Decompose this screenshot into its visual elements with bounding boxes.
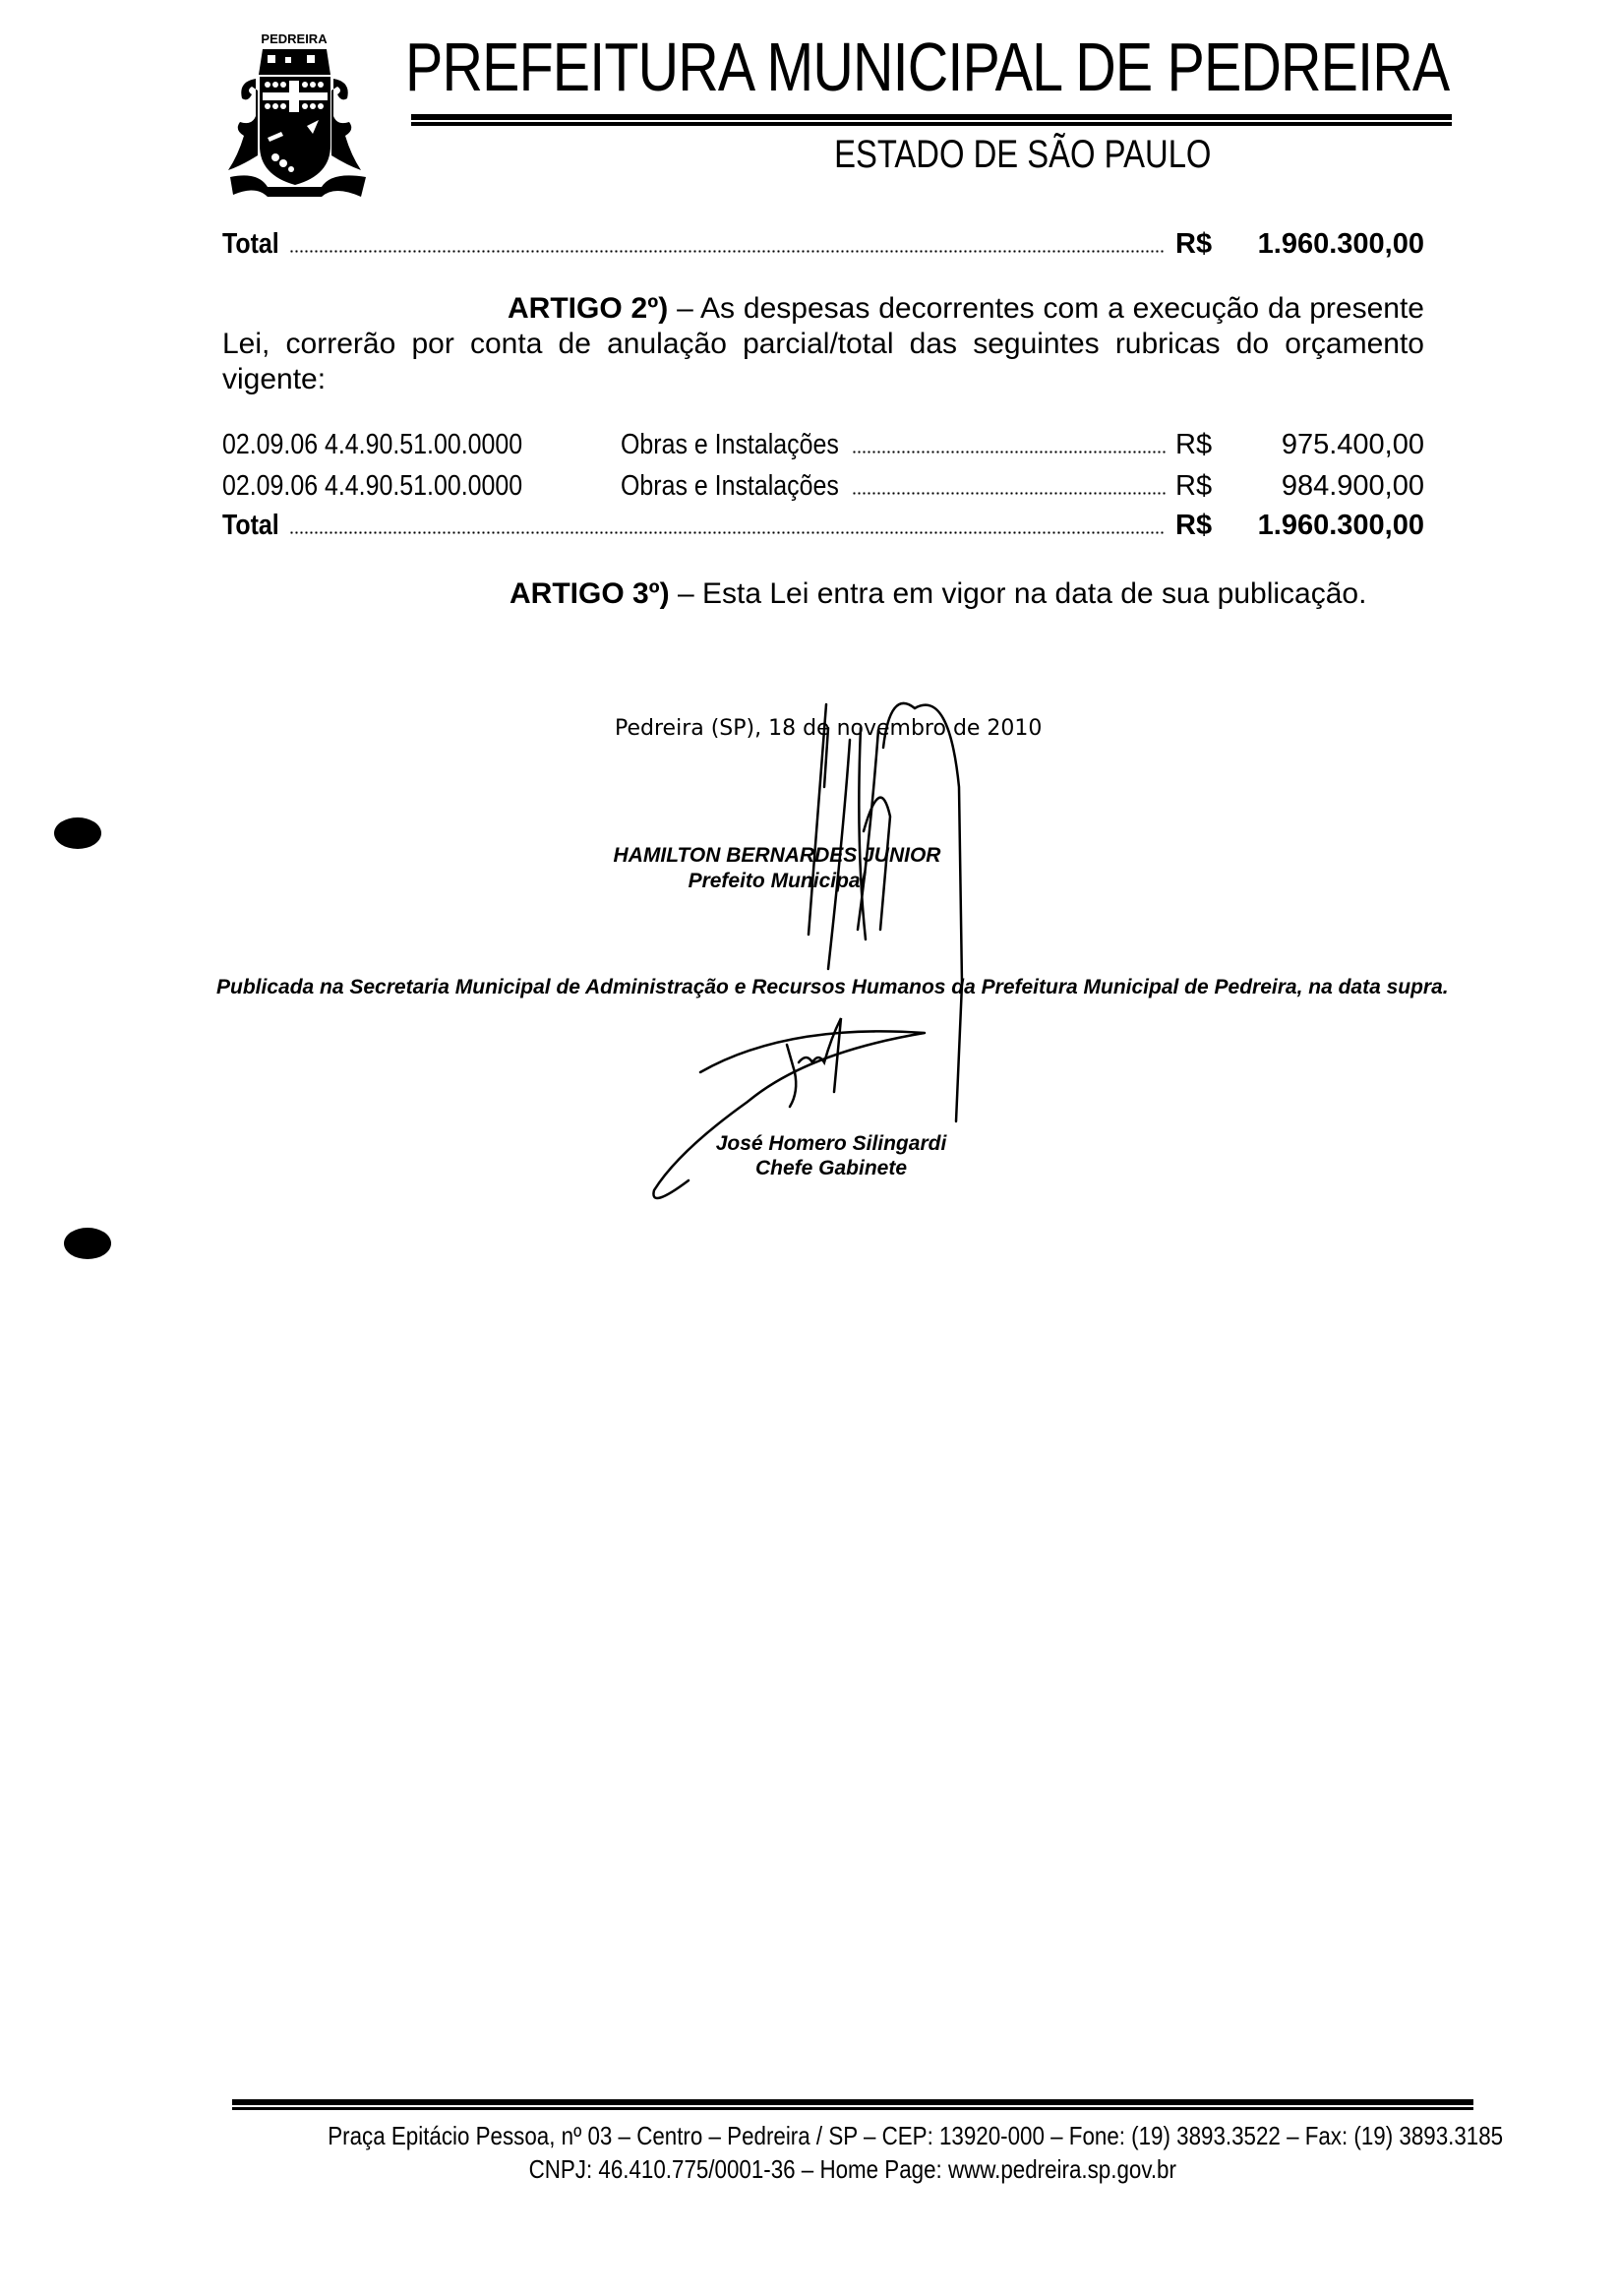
header-rule [411, 122, 1452, 126]
footer-rule [232, 2099, 1473, 2105]
date-line: Pedreira (SP), 18 de novembro de 2010 [615, 716, 1042, 741]
dot-leader [289, 531, 1165, 534]
header-rule [411, 114, 1452, 120]
rubrica-code: 02.09.06 4.4.90.51.00.0000 [222, 429, 522, 461]
chief-title: Chefe Gabinete [679, 1157, 984, 1180]
currency-symbol: R$ [1175, 228, 1212, 261]
artigo-3-heading: ARTIGO 3º) [510, 577, 670, 610]
chief-name: José Homero Silingardi [679, 1132, 984, 1156]
mayor-name: HAMILTON BERNARDES JUNIOR [551, 844, 1003, 868]
rubrica-value: 975.400,00 [1282, 429, 1424, 461]
artigo-3-paragraph: ARTIGO 3º) – Esta Lei entra em vigor na … [510, 576, 1366, 612]
total-value: 1.960.300,00 [1258, 228, 1424, 261]
rubrica-value: 984.900,00 [1282, 470, 1424, 503]
total-row: Total R$ 1.960.300,00 [222, 228, 1424, 266]
total-label: Total [222, 228, 279, 261]
publication-note: Publicada na Secretaria Municipal de Adm… [216, 974, 1456, 1001]
rubrica-code: 02.09.06 4.4.90.51.00.0000 [222, 470, 522, 503]
rubrica-description: Obras e Instalações [621, 429, 839, 461]
total-row: Total R$ 1.960.300,00 [222, 510, 1424, 547]
svg-text:PEDREIRA: PEDREIRA [261, 31, 328, 46]
punch-hole [54, 817, 101, 849]
footer-rule [232, 2107, 1473, 2110]
artigo-2-paragraph: ARTIGO 2º) – As despesas decorrentes com… [222, 291, 1424, 397]
total-value: 1.960.300,00 [1258, 510, 1424, 542]
dot-leader [852, 451, 1167, 453]
currency-symbol: R$ [1175, 470, 1212, 503]
punch-hole [64, 1228, 111, 1259]
table-row: 02.09.06 4.4.90.51.00.0000 Obras e Insta… [222, 429, 1424, 466]
header-subtitle: ESTADO DE SÃO PAULO [757, 132, 1289, 177]
total-label: Total [222, 510, 279, 542]
currency-symbol: R$ [1175, 429, 1212, 461]
dot-leader [289, 250, 1165, 253]
coat-of-arms-logo: PEDREIRA [209, 28, 381, 200]
artigo-3-text: – Esta Lei entra em vigor na data de sua… [678, 577, 1366, 610]
mayor-title: Prefeito Municipal [551, 870, 1003, 893]
dot-leader [852, 492, 1167, 495]
rubrica-description: Obras e Instalações [621, 470, 839, 503]
artigo-2-text: – As despesas decorrentes com a execução… [222, 292, 1424, 395]
page-title: PREFEITURA MUNICIPAL DE PEDREIRA [405, 30, 1449, 104]
footer-address: Praça Epitácio Pessoa, nº 03 – Centro – … [232, 2121, 1473, 2150]
footer-cnpj: CNPJ: 46.410.775/0001-36 – Home Page: ww… [232, 2154, 1473, 2184]
artigo-2-heading: ARTIGO 2º) [508, 292, 668, 325]
currency-symbol: R$ [1175, 510, 1212, 542]
table-row: 02.09.06 4.4.90.51.00.0000 Obras e Insta… [222, 470, 1424, 508]
